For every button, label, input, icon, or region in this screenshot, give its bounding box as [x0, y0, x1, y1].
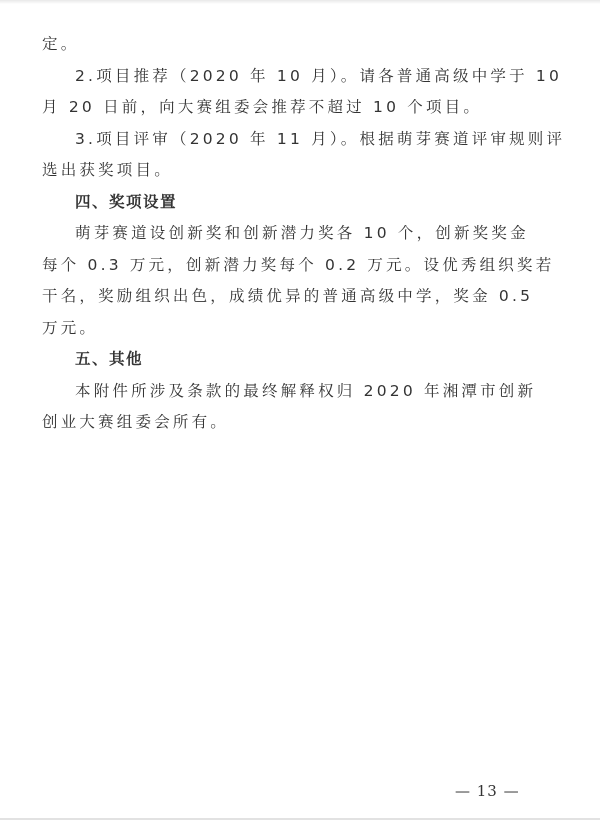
document-page: 定。 2.项目推荐（2020 年 10 月）。请各普通高级中学于 10 月 20… [42, 29, 562, 439]
page-number: — 13 — [455, 782, 520, 800]
section-heading-awards: 四、奖项设置 [42, 187, 562, 219]
paragraph-other-line-2: 创业大赛组委会所有。 [42, 407, 562, 439]
paragraph-item-2-line-2: 月 20 日前，向大赛组委会推荐不超过 10 个项目。 [42, 92, 562, 124]
paragraph-awards-line-3: 干名，奖励组织出色，成绩优异的普通高级中学，奖金 0.5 [42, 281, 562, 313]
section-heading-other: 五、其他 [42, 344, 562, 376]
paragraph-item-3-line-1: 3.项目评审（2020 年 11 月）。根据萌芽赛道评审规则评 [42, 124, 562, 156]
paragraph-line-continuation: 定。 [42, 29, 562, 61]
paragraph-awards-line-2: 每个 0.3 万元，创新潜力奖每个 0.2 万元。设优秀组织奖若 [42, 250, 562, 282]
top-edge-shadow [0, 0, 600, 4]
paragraph-awards-line-1: 萌芽赛道设创新奖和创新潜力奖各 10 个，创新奖奖金 [42, 218, 562, 250]
paragraph-item-2-line-1: 2.项目推荐（2020 年 10 月）。请各普通高级中学于 10 [42, 61, 562, 93]
paragraph-awards-line-4: 万元。 [42, 313, 562, 345]
paragraph-other-line-1: 本附件所涉及条款的最终解释权归 2020 年湘潭市创新 [42, 376, 562, 408]
paragraph-item-3-line-2: 选出获奖项目。 [42, 155, 562, 187]
